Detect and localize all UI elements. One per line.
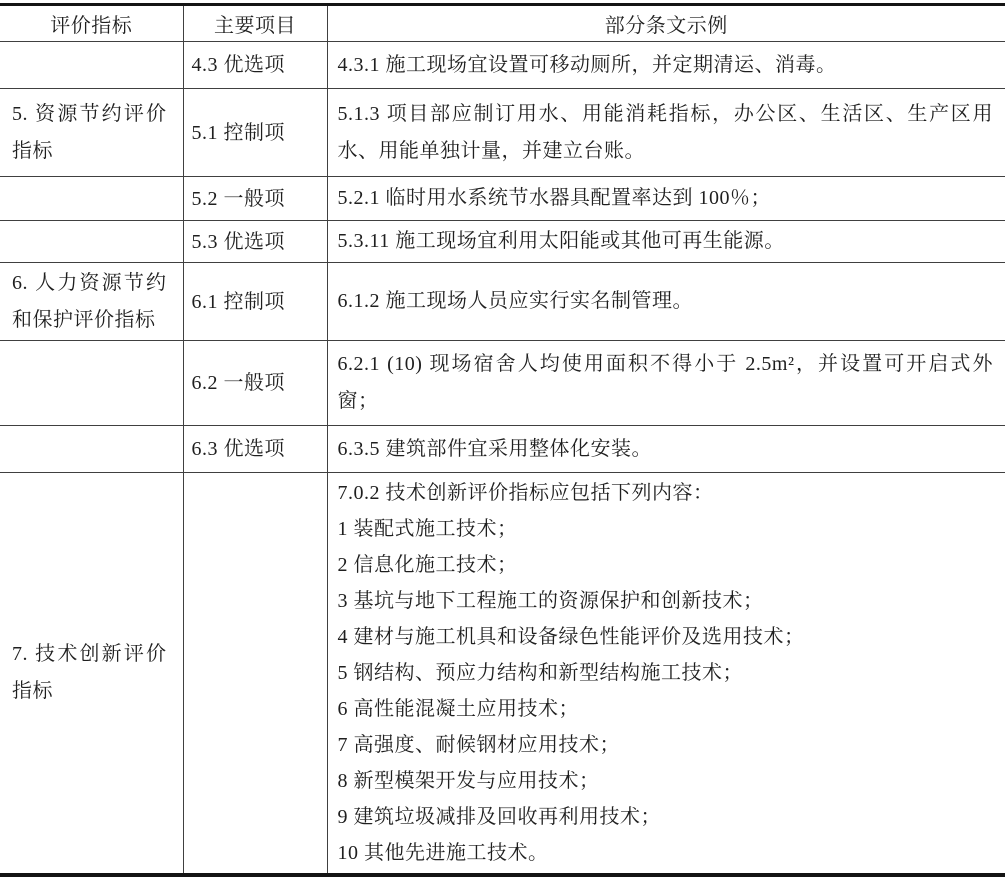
document-page: 评价指标 主要项目 部分条文示例 4.3 优选项 4.3.1 施工现场宜设置可移… <box>0 0 1005 883</box>
indicator-cell <box>0 177 183 221</box>
project-cell: 4.3 优选项 <box>183 42 327 89</box>
indicator-cell: 6. 人力资源节约和保护评价指标 <box>0 263 183 341</box>
column-header-project: 主要项目 <box>183 5 327 42</box>
project-cell: 5.3 优选项 <box>183 221 327 263</box>
example-cell: 5.1.3 项目部应制订用水、用能消耗指标，办公区、生活区、生产区用水、用能单独… <box>327 89 1005 177</box>
indicator-cell <box>0 221 183 263</box>
example-line: 7.0.2 技术创新评价指标应包括下列内容： <box>338 475 994 511</box>
table-row: 6.3 优选项 6.3.5 建筑部件宜采用整体化安装。 <box>0 426 1005 473</box>
table-row: 7. 技术创新评价指标 7.0.2 技术创新评价指标应包括下列内容： 1 装配式… <box>0 473 1005 876</box>
example-line: 10 其他先进施工技术。 <box>338 835 994 871</box>
table-row: 5. 资源节约评价指标 5.1 控制项 5.1.3 项目部应制订用水、用能消耗指… <box>0 89 1005 177</box>
indicator-cell: 7. 技术创新评价指标 <box>0 473 183 876</box>
example-cell: 6.3.5 建筑部件宜采用整体化安装。 <box>327 426 1005 473</box>
column-header-example: 部分条文示例 <box>327 5 1005 42</box>
example-cell: 6.1.2 施工现场人员应实行实名制管理。 <box>327 263 1005 341</box>
table-row: 5.3 优选项 5.3.11 施工现场宜利用太阳能或其他可再生能源。 <box>0 221 1005 263</box>
indicator-cell: 5. 资源节约评价指标 <box>0 89 183 177</box>
example-cell: 6.2.1 (10) 现场宿舍人均使用面积不得小于 2.5m²，并设置可开启式外… <box>327 341 1005 426</box>
example-line: 2 信息化施工技术； <box>338 547 994 583</box>
example-line: 5 钢结构、预应力结构和新型结构施工技术； <box>338 655 994 691</box>
example-line: 3 基坑与地下工程施工的资源保护和创新技术； <box>338 583 994 619</box>
indicator-cell <box>0 42 183 89</box>
project-cell: 5.1 控制项 <box>183 89 327 177</box>
indicator-cell <box>0 426 183 473</box>
project-cell: 6.1 控制项 <box>183 263 327 341</box>
example-cell: 5.2.1 临时用水系统节水器具配置率达到 100％； <box>327 177 1005 221</box>
example-line: 1 装配式施工技术； <box>338 511 994 547</box>
indicator-cell <box>0 341 183 426</box>
project-cell <box>183 473 327 876</box>
header-row: 评价指标 主要项目 部分条文示例 <box>0 5 1005 42</box>
project-cell: 6.3 优选项 <box>183 426 327 473</box>
example-line: 6 高性能混凝土应用技术； <box>338 691 994 727</box>
example-cell: 7.0.2 技术创新评价指标应包括下列内容： 1 装配式施工技术； 2 信息化施… <box>327 473 1005 876</box>
example-line: 7 高强度、耐候钢材应用技术； <box>338 727 994 763</box>
table-row: 6.2 一般项 6.2.1 (10) 现场宿舍人均使用面积不得小于 2.5m²，… <box>0 341 1005 426</box>
table-row: 4.3 优选项 4.3.1 施工现场宜设置可移动厕所，并定期清运、消毒。 <box>0 42 1005 89</box>
table-row: 6. 人力资源节约和保护评价指标 6.1 控制项 6.1.2 施工现场人员应实行… <box>0 263 1005 341</box>
evaluation-indicator-table: 评价指标 主要项目 部分条文示例 4.3 优选项 4.3.1 施工现场宜设置可移… <box>0 3 1005 877</box>
example-cell: 4.3.1 施工现场宜设置可移动厕所，并定期清运、消毒。 <box>327 42 1005 89</box>
example-line: 9 建筑垃圾减排及回收再利用技术； <box>338 799 994 835</box>
column-header-indicator: 评价指标 <box>0 5 183 42</box>
example-line: 8 新型模架开发与应用技术； <box>338 763 994 799</box>
example-line: 4 建材与施工机具和设备绿色性能评价及选用技术； <box>338 619 994 655</box>
example-cell: 5.3.11 施工现场宜利用太阳能或其他可再生能源。 <box>327 221 1005 263</box>
table-row: 5.2 一般项 5.2.1 临时用水系统节水器具配置率达到 100％； <box>0 177 1005 221</box>
project-cell: 6.2 一般项 <box>183 341 327 426</box>
project-cell: 5.2 一般项 <box>183 177 327 221</box>
